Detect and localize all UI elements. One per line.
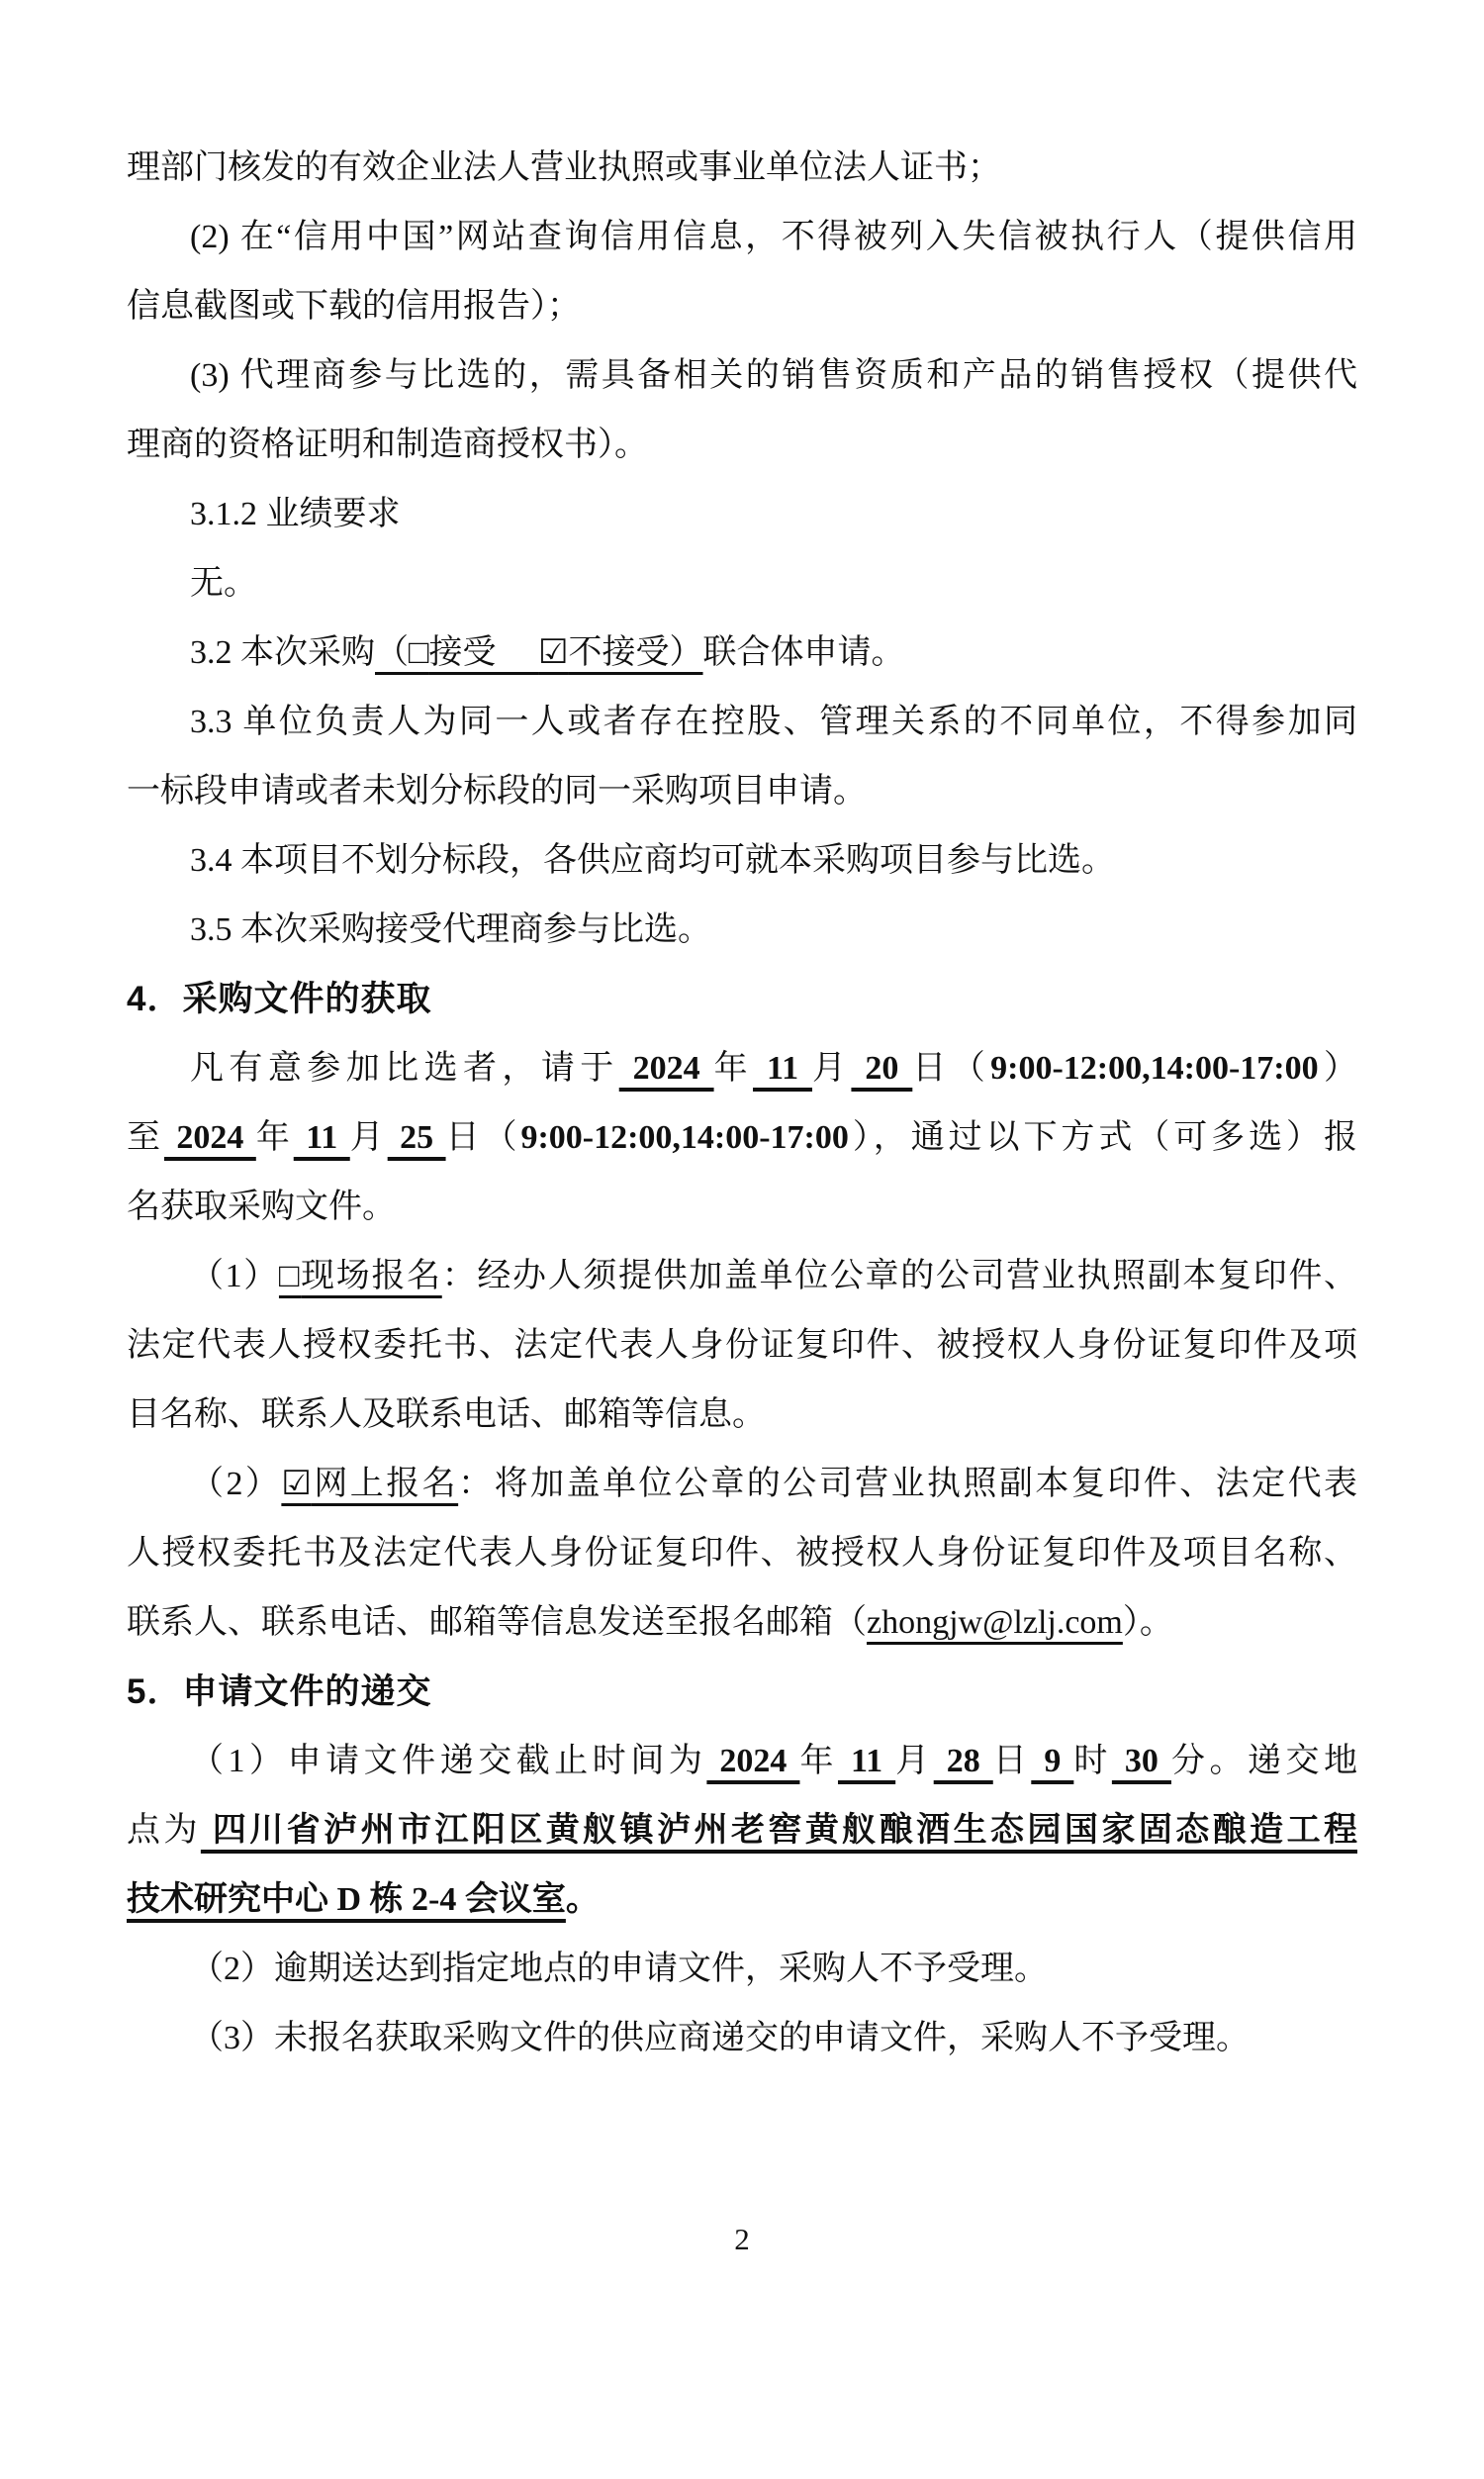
text-line: （2）☑网上报名：将加盖单位公章的公司营业执照副本复印件、法定代表 bbox=[127, 1450, 1357, 1519]
text-segment: 四川省泸州市江阳区黄舣镇泸州老窖黄舣酿酒生态园国家固态酿造工程 bbox=[201, 1812, 1357, 1849]
text-segment: 3.2 本次采购 bbox=[190, 634, 375, 671]
text-segment: 。递交地 bbox=[1209, 1743, 1357, 1779]
text-line: 技术研究中心 D 栋 2-4 会议室。 bbox=[127, 1865, 1357, 1935]
text-segment: 不接受） bbox=[569, 634, 703, 671]
text-line: （1）□现场报名：经办人须提供加盖单位公章的公司营业执照副本复印件、 bbox=[127, 1242, 1357, 1311]
text-line: 至 2024 年 11 月 25 日（9:00-12:00,14:00-17:0… bbox=[127, 1103, 1357, 1173]
text-segment: (3) 代理商参与比选的，需具备相关的销售资质和产品的销售授权（提供代 bbox=[190, 357, 1357, 394]
text-segment: 日（ bbox=[446, 1119, 521, 1156]
text-line: 人授权委托书及法定代表人身份证复印件、被授权人身份证复印件及项目名称、 bbox=[127, 1519, 1357, 1588]
text-segment: 3.3 单位负责人为同一人或者存在控股、管理关系的不同单位，不得参加同 bbox=[190, 704, 1357, 740]
text-segment: ），通过以下方式（可多选）报 bbox=[849, 1119, 1357, 1156]
text-segment: ： bbox=[458, 1466, 494, 1502]
text-segment: 月 bbox=[895, 1743, 934, 1779]
text-line: 目名称、联系人及联系电话、邮箱等信息。 bbox=[127, 1381, 1357, 1450]
text-line: 一标段申请或者未划分标段的同一采购项目申请。 bbox=[127, 757, 1357, 826]
text-line: 信息截图或下载的信用报告）； bbox=[127, 272, 1357, 341]
text-segment: 将加盖单位公章的公司营业执照副本复印件、法定代表 bbox=[495, 1466, 1357, 1502]
text-segment: 3.5 本次采购接受代理商参与比选。 bbox=[190, 911, 711, 948]
text-segment: 目名称、联系人及联系电话、邮箱等信息。 bbox=[127, 1396, 766, 1433]
text-segment: 法定代表人授权委托书、法定代表人身份证复印件、被授权人身份证复印件及项 bbox=[127, 1327, 1357, 1364]
text-line: 理部门核发的有效企业法人营业执照或事业单位法人证书； bbox=[127, 134, 1357, 203]
text-segment: 28 bbox=[934, 1743, 993, 1779]
text-segment: 名获取采购文件。 bbox=[127, 1189, 396, 1225]
text-line: 4．采购文件的获取 bbox=[127, 965, 1357, 1034]
checkbox-checked-icon: ☑ bbox=[538, 634, 568, 671]
text-segment: 网上报名 bbox=[312, 1466, 458, 1502]
text-segment: 2024 bbox=[706, 1743, 799, 1779]
text-segment: （2） bbox=[190, 1466, 281, 1502]
text-line: 3.2 本次采购（□接受 ☑不接受）联合体申请。 bbox=[127, 619, 1357, 688]
text-segment: 理部门核发的有效企业法人营业执照或事业单位法人证书； bbox=[127, 149, 1001, 186]
text-segment: 20 bbox=[851, 1050, 912, 1087]
document-page: 理部门核发的有效企业法人营业执照或事业单位法人证书；(2) 在“信用中国”网站查… bbox=[0, 0, 1484, 2479]
text-segment: 9 bbox=[1031, 1743, 1073, 1779]
text-segment: 3.4 本项目不划分标段，各供应商均可就本采购项目参与比选。 bbox=[190, 842, 1115, 879]
text-segment: 时 bbox=[1073, 1743, 1112, 1779]
text-segment: 经办人须提供加盖单位公章的公司营业执照副本复印件、 bbox=[477, 1258, 1357, 1294]
checkbox-checked-icon: ☑ bbox=[281, 1466, 311, 1502]
text-line: （1）申请文件递交截止时间为 2024 年 11 月 28 日 9 时 30 分… bbox=[127, 1727, 1357, 1796]
text-segment: 无。 bbox=[190, 565, 257, 602]
text-segment: 年 bbox=[256, 1119, 294, 1156]
text-segment: (2) 在“信用中国”网站查询信用信息，不得被列入失信被执行人（提供信用 bbox=[190, 219, 1357, 255]
text-segment: 理商的资格证明和制造商授权书）。 bbox=[127, 427, 648, 463]
checkbox-unchecked-icon: □ bbox=[279, 1258, 301, 1294]
text-segment: 3.1.2 业绩要求 bbox=[190, 496, 401, 532]
text-segment: 技术研究中心 D 栋 2-4 会议室 bbox=[127, 1881, 566, 1918]
text-segment: 人授权委托书及法定代表人身份证复印件、被授权人身份证复印件及项目名称、 bbox=[127, 1535, 1357, 1572]
text-segment: ）。 bbox=[1123, 1604, 1173, 1641]
text-segment: 30 bbox=[1112, 1743, 1171, 1779]
text-segment: 2024 bbox=[164, 1119, 256, 1156]
text-line: （2）逾期送达到指定地点的申请文件，采购人不予受理。 bbox=[127, 1935, 1357, 2004]
text-segment: 点为 bbox=[127, 1812, 201, 1849]
document-body: 理部门核发的有效企业法人营业执照或事业单位法人证书；(2) 在“信用中国”网站查… bbox=[127, 134, 1357, 2073]
text-line: 凡有意参加比选者，请于 2024 年 11 月 20 日（9:00-12:00,… bbox=[127, 1034, 1357, 1103]
text-segment: 11 bbox=[753, 1050, 812, 1087]
text-line: 3.5 本次采购接受代理商参与比选。 bbox=[127, 896, 1357, 965]
text-line: 3.4 本项目不划分标段，各供应商均可就本采购项目参与比选。 bbox=[127, 826, 1357, 896]
text-line: 点为 四川省泸州市江阳区黄舣镇泸州老窖黄舣酿酒生态园国家固态酿造工程 bbox=[127, 1796, 1357, 1865]
text-line: (3) 代理商参与比选的，需具备相关的销售资质和产品的销售授权（提供代 bbox=[127, 341, 1357, 411]
text-segment: ： bbox=[442, 1258, 478, 1294]
checkbox-unchecked-icon: □ bbox=[409, 634, 429, 671]
text-segment: （1）申请文件递交截止时间为 bbox=[190, 1743, 706, 1779]
text-line: 5．申请文件的递交 bbox=[127, 1658, 1357, 1727]
text-segment: 一标段申请或者未划分标段的同一采购项目申请。 bbox=[127, 773, 867, 810]
text-segment: 25 bbox=[388, 1119, 446, 1156]
text-segment: （3）未报名获取采购文件的供应商递交的申请文件，采购人不予受理。 bbox=[190, 2020, 1250, 2056]
text-segment: 。 bbox=[566, 1881, 600, 1918]
text-line: 3.3 单位负责人为同一人或者存在控股、管理关系的不同单位，不得参加同 bbox=[127, 688, 1357, 757]
text-segment: 11 bbox=[838, 1743, 895, 1779]
text-segment: 联系人、联系电话、邮箱等信息发送至报名邮箱（ bbox=[127, 1604, 867, 1641]
text-segment: 日（ bbox=[912, 1050, 990, 1087]
text-line: （3）未报名获取采购文件的供应商递交的申请文件，采购人不予受理。 bbox=[127, 2004, 1357, 2073]
text-segment: 凡有意参加比选者，请于 bbox=[190, 1050, 619, 1087]
text-line: 名获取采购文件。 bbox=[127, 1173, 1357, 1242]
text-line: 理商的资格证明和制造商授权书）。 bbox=[127, 411, 1357, 480]
text-line: 联系人、联系电话、邮箱等信息发送至报名邮箱（zhongjw@lzlj.com）。 bbox=[127, 1588, 1357, 1658]
text-segment: 年 bbox=[799, 1743, 838, 1779]
text-segment: 9:00-12:00,14:00-17:00 bbox=[990, 1050, 1318, 1087]
text-segment: 联合体申请。 bbox=[703, 634, 905, 671]
text-segment: 5．申请文件的递交 bbox=[127, 1672, 431, 1711]
text-segment: 现场报名 bbox=[301, 1258, 442, 1294]
text-segment: 月 bbox=[350, 1119, 388, 1156]
page-number: 2 bbox=[0, 2222, 1484, 2257]
text-line: 法定代表人授权委托书、法定代表人身份证复印件、被授权人身份证复印件及项 bbox=[127, 1311, 1357, 1381]
text-segment: 接受 bbox=[429, 634, 539, 671]
text-segment: 月 bbox=[812, 1050, 851, 1087]
text-segment: 分 bbox=[1171, 1743, 1210, 1779]
text-line: 3.1.2 业绩要求 bbox=[127, 480, 1357, 549]
text-segment: （2）逾期送达到指定地点的申请文件，采购人不予受理。 bbox=[190, 1951, 1048, 1987]
text-segment: 4．采购文件的获取 bbox=[127, 980, 431, 1018]
text-segment: 信息截图或下载的信用报告）； bbox=[127, 288, 581, 325]
text-segment: 2024 bbox=[619, 1050, 714, 1087]
text-segment: 至 bbox=[127, 1119, 164, 1156]
text-segment: ） bbox=[1319, 1050, 1357, 1087]
text-segment: 9:00-12:00,14:00-17:00 bbox=[520, 1119, 848, 1156]
text-segment: （ bbox=[375, 634, 409, 671]
text-segment: 年 bbox=[714, 1050, 753, 1087]
text-line: (2) 在“信用中国”网站查询信用信息，不得被列入失信被执行人（提供信用 bbox=[127, 203, 1357, 272]
text-segment: 11 bbox=[294, 1119, 350, 1156]
text-segment: 日 bbox=[993, 1743, 1032, 1779]
text-line: 无。 bbox=[127, 549, 1357, 619]
text-segment: zhongjw@lzlj.com bbox=[867, 1604, 1123, 1641]
text-segment: （1） bbox=[190, 1258, 279, 1294]
